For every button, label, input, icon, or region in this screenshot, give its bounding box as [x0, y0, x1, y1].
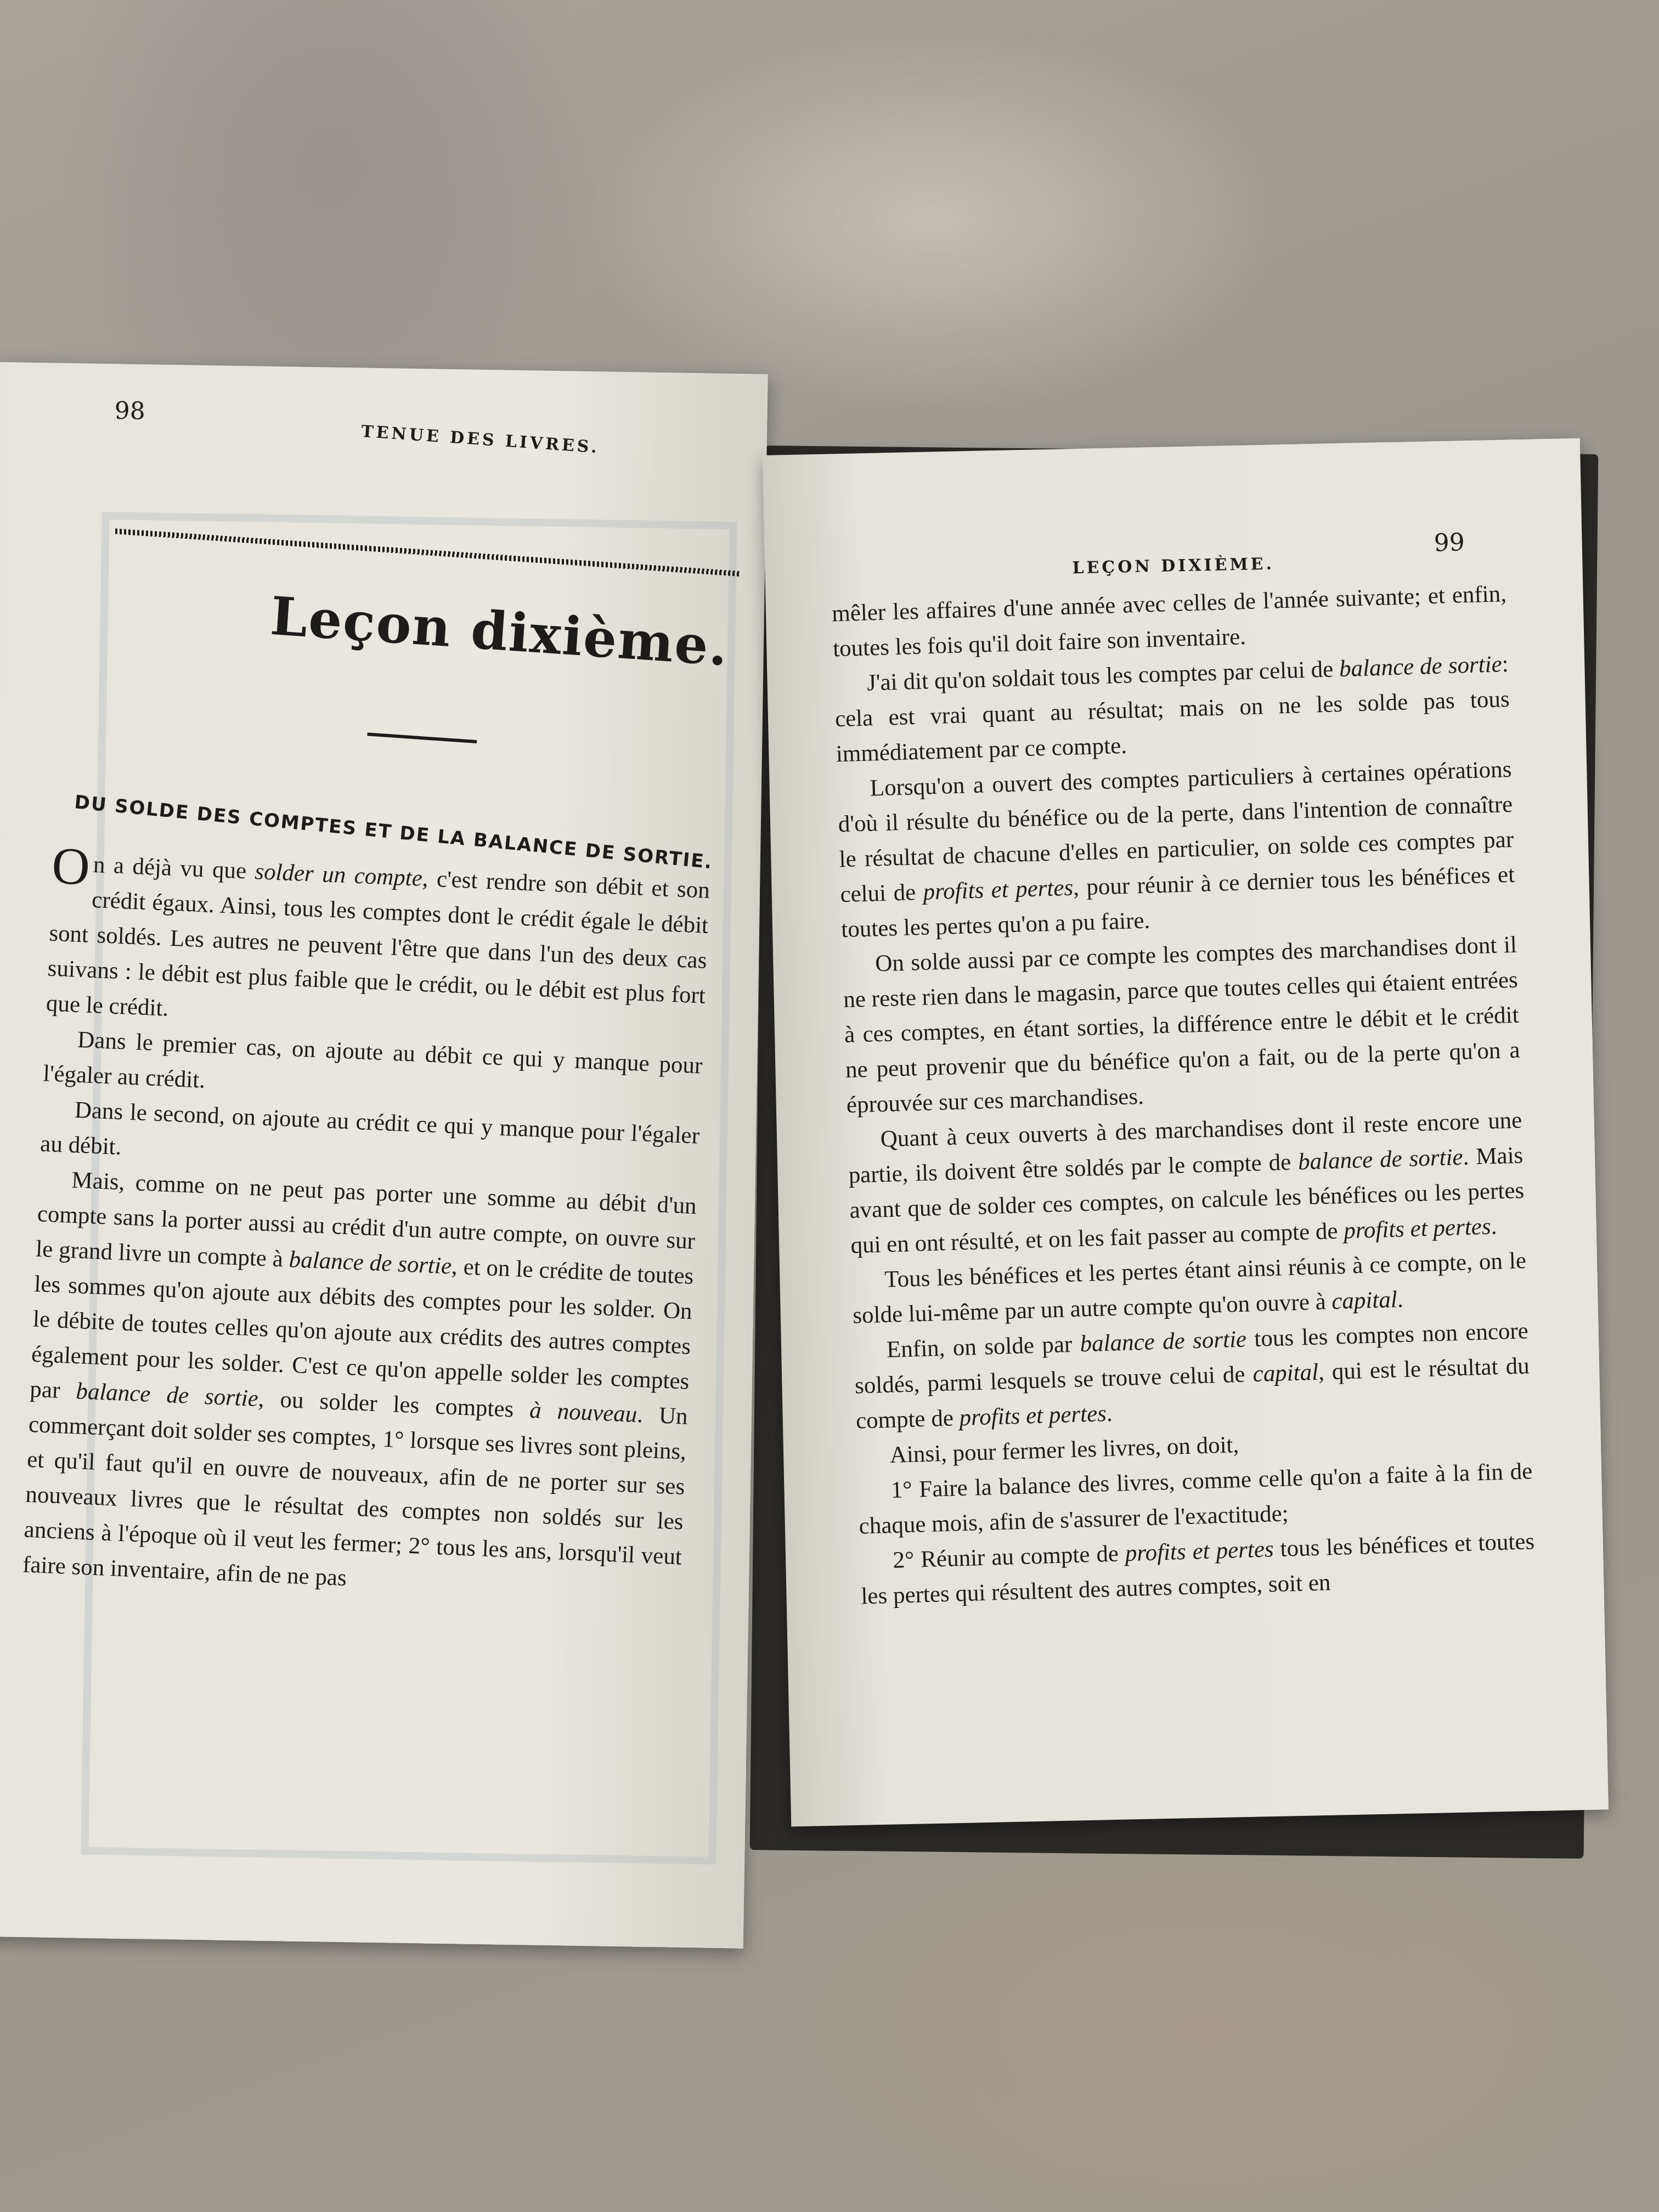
text-run: .: [1397, 1286, 1403, 1312]
right-body-text: mêler les affaires d'une année avec cell…: [831, 577, 1536, 1615]
text-run: , ou solder les comptes: [258, 1386, 530, 1423]
paragraph: On solde aussi par ce compte les comptes…: [842, 928, 1521, 1123]
paragraph: J'ai dit qu'on soldait tous les comptes …: [833, 647, 1511, 772]
italic-term: balance de sortie: [1080, 1327, 1247, 1357]
italic-term: balance de sortie: [1339, 651, 1502, 682]
italic-term: profits et pertes: [1344, 1214, 1492, 1244]
italic-term: capital: [1331, 1286, 1398, 1314]
chapter-title: Leçon dixième.: [269, 585, 731, 678]
italic-term: à nouveau: [529, 1397, 637, 1427]
italic-term: profits et pertes: [923, 875, 1074, 905]
ornamental-rule: [115, 528, 740, 577]
title-rule: [367, 732, 477, 743]
italic-term: balance de sortie: [1297, 1144, 1463, 1175]
text-run: n a déjà vu que: [93, 852, 255, 884]
drop-cap: O: [51, 849, 91, 884]
paragraph: Mais, comme on ne peut pas porter une so…: [22, 1161, 697, 1610]
italic-term: capital: [1252, 1359, 1319, 1387]
left-page: 98 TENUE DES LIVRES. Leçon dixième. DU S…: [0, 362, 768, 1949]
page-number: 98: [114, 397, 145, 425]
right-page: LEÇON DIXIÈME. 99 mêler les affaires d'u…: [763, 438, 1609, 1827]
paragraph: Enfin, on solde par balance de sortie to…: [853, 1313, 1531, 1438]
italic-term: profits et pertes: [959, 1401, 1107, 1431]
text-run: . Un commerçant doit solder ses comptes,…: [22, 1402, 688, 1591]
paragraph: Quant à ceux ouverts à des marchandises …: [847, 1103, 1526, 1263]
text-run: .: [1106, 1401, 1113, 1426]
running-head: TENUE DES LIVRES.: [360, 422, 600, 458]
text-run: .: [1491, 1214, 1497, 1239]
left-body-text: On a déjà vu que solder un compte, c'est…: [22, 846, 710, 1610]
text-run: Enfin, on solde par: [887, 1331, 1081, 1363]
italic-term: balance de sortie: [76, 1378, 259, 1412]
italic-term: balance de sortie: [289, 1246, 452, 1279]
page-number: 99: [1434, 528, 1465, 557]
italic-term: profits et pertes: [1125, 1536, 1274, 1566]
paragraph: On a déjà vu que solder un compte, c'est…: [46, 846, 710, 1049]
paragraph: Lorsqu'on a ouvert des comptes particuli…: [837, 752, 1516, 947]
text-run: 2° Réunir au compte de: [893, 1541, 1126, 1573]
running-head: LEÇON DIXIÈME.: [1072, 555, 1274, 578]
italic-term: solder un compte: [254, 859, 422, 891]
